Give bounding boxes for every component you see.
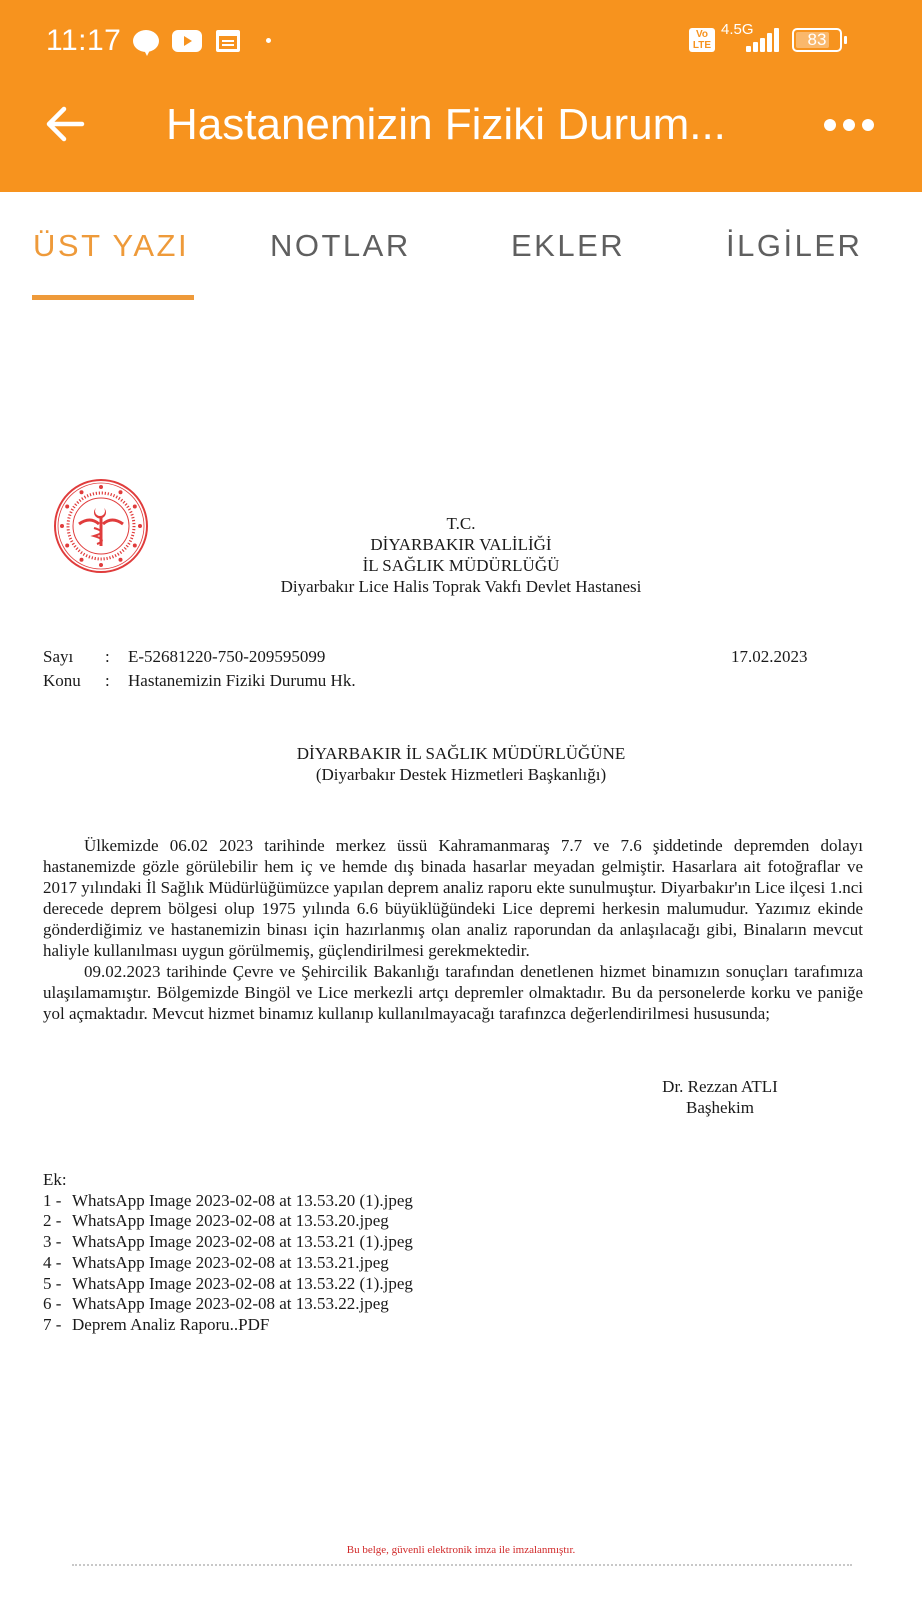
battery-icon: 83 [792, 28, 842, 52]
tab-notlar[interactable]: NOTLAR [270, 228, 411, 264]
page-title: Hastanemizin Fiziki Durum... [166, 100, 786, 150]
back-button[interactable] [44, 102, 88, 146]
more-horizontal-icon [824, 119, 836, 131]
signatory-title: Başhekim [600, 1097, 840, 1118]
more-options-button[interactable] [822, 115, 876, 135]
paragraph-1: Ülkemizde 06.02 2023 tarihinde merkez üs… [43, 835, 863, 961]
konu-separator: : [105, 669, 110, 693]
attachment-item[interactable]: 6 -WhatsApp Image 2023-02-08 at 13.53.22… [43, 1294, 413, 1315]
sayi-separator: : [105, 645, 110, 669]
attachment-item[interactable]: 2 -WhatsApp Image 2023-02-08 at 13.53.20… [43, 1211, 413, 1232]
tab-bar: ÜST YAZI NOTLAR EKLER İLGİLER [0, 192, 922, 304]
arrow-left-icon [44, 102, 88, 146]
esignature-note: Bu belge, güvenli elektronik imza ile im… [0, 1544, 922, 1556]
header-valilik: DİYARBAKIR VALİLİĞİ [0, 534, 922, 555]
recipient-line2: (Diyarbakır Destek Hizmetleri Başkanlığı… [0, 764, 922, 785]
attachment-item[interactable]: 1 -WhatsApp Image 2023-02-08 at 13.53.20… [43, 1191, 413, 1212]
battery-level: 83 [794, 30, 840, 49]
attachment-item[interactable]: 4 -WhatsApp Image 2023-02-08 at 13.53.21… [43, 1253, 413, 1274]
status-time: 11:17 [46, 24, 121, 58]
tab-ust-yazi[interactable]: ÜST YAZI [33, 228, 189, 264]
youtube-icon [172, 30, 202, 52]
volte-icon: VoLTE [689, 28, 715, 52]
attachment-item[interactable]: 7 -Deprem Analiz Raporu..PDF [43, 1315, 413, 1336]
footer-text-cut [72, 1564, 852, 1567]
body-text: Ülkemizde 06.02 2023 tarihinde merkez üs… [43, 835, 863, 1024]
konu-label: Konu [43, 669, 81, 693]
signal-icon [738, 28, 782, 52]
header-hospital: Diyarbakır Lice Halis Toprak Vakfı Devle… [0, 576, 922, 597]
signatory-name: Dr. Rezzan ATLI [600, 1076, 840, 1097]
header-mudurluk: İL SAĞLIK MÜDÜRLÜĞÜ [0, 555, 922, 576]
attachments-label: Ek: [43, 1170, 413, 1191]
document-date: 17.02.2023 [731, 645, 808, 669]
tab-ilgiler[interactable]: İLGİLER [726, 228, 862, 264]
sayi-label: Sayı [43, 645, 73, 669]
sayi-value: E-52681220-750-209595099 [128, 645, 325, 669]
tab-ekler[interactable]: EKLER [511, 228, 625, 264]
attachment-item[interactable]: 3 -WhatsApp Image 2023-02-08 at 13.53.21… [43, 1232, 413, 1253]
paragraph-2: 09.02.2023 tarihinde Çevre ve Şehircilik… [43, 961, 863, 1024]
calendar-icon [216, 30, 240, 52]
app-bar: 11:17 VoLTE 4.5G 83 Hastanemizin Fiziki … [0, 0, 922, 192]
recipient-line1: DİYARBAKIR İL SAĞLIK MÜDÜRLÜĞÜNE [0, 743, 922, 764]
header-tc: T.C. [0, 513, 922, 534]
attachment-item[interactable]: 5 -WhatsApp Image 2023-02-08 at 13.53.22… [43, 1274, 413, 1295]
attachments-list: Ek: 1 -WhatsApp Image 2023-02-08 at 13.5… [43, 1170, 413, 1336]
active-tab-indicator [32, 295, 194, 300]
notification-dot-icon [266, 38, 271, 43]
document-viewer[interactable]: T.C. DİYARBAKIR VALİLİĞİ İL SAĞLIK MÜDÜR… [0, 304, 922, 1600]
konu-value: Hastanemizin Fiziki Durumu Hk. [128, 669, 356, 693]
chat-bubble-icon [133, 30, 159, 52]
status-bar: 11:17 VoLTE 4.5G 83 [0, 20, 922, 60]
